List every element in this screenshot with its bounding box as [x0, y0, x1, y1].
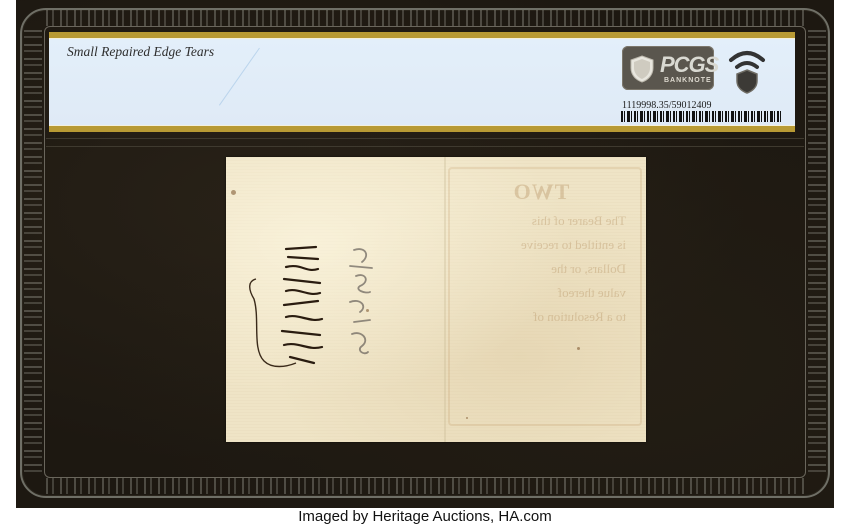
pcgs-sub: BANKNOTE [664, 77, 712, 84]
greek-key-border-left [24, 30, 42, 478]
holder-seam-line [46, 138, 804, 139]
nfc-shield-icon [727, 48, 767, 94]
grade-note: Small Repaired Edge Tears [67, 44, 214, 60]
barcode [621, 111, 781, 122]
foxing-spot [366, 309, 369, 312]
bleed-through-line: is entitled to receive [456, 237, 626, 253]
bleed-through-title: TWO [456, 179, 626, 205]
handwritten-signature [246, 239, 336, 379]
bleed-through-line: value thereof [456, 285, 626, 301]
bleed-through-line: Dollars, or the [456, 261, 626, 277]
foxing-spot [231, 190, 236, 195]
greek-key-border-top [46, 10, 804, 26]
banknote-back: TWO The Bearer of this is entitled to re… [226, 157, 646, 442]
bleed-through-text: TWO The Bearer of this is entitled to re… [456, 179, 626, 369]
paper-fold [444, 157, 446, 442]
pcgs-logo: PCGS BANKNOTE [622, 46, 714, 90]
foxing-spot [466, 417, 468, 419]
shield-icon [630, 55, 654, 83]
label-body: Small Repaired Edge Tears PCGS BANKNOTE … [49, 38, 795, 126]
greek-key-border-bottom [46, 478, 804, 494]
bleed-through-line: to a Resolution of [456, 309, 626, 325]
foxing-spot [577, 347, 580, 350]
bleed-through-line: The Bearer of this [456, 213, 626, 229]
pencil-notation [336, 242, 386, 362]
greek-key-border-right [808, 30, 826, 478]
pcgs-brand: PCGS [660, 52, 718, 78]
grading-label: Small Repaired Edge Tears PCGS BANKNOTE … [49, 32, 795, 132]
pcgs-holder: Small Repaired Edge Tears PCGS BANKNOTE … [16, 0, 834, 508]
holder-seam-line [46, 146, 804, 147]
image-credit: Imaged by Heritage Auctions, HA.com [0, 508, 850, 525]
cert-number: 1119998.35/59012409 [622, 100, 712, 111]
